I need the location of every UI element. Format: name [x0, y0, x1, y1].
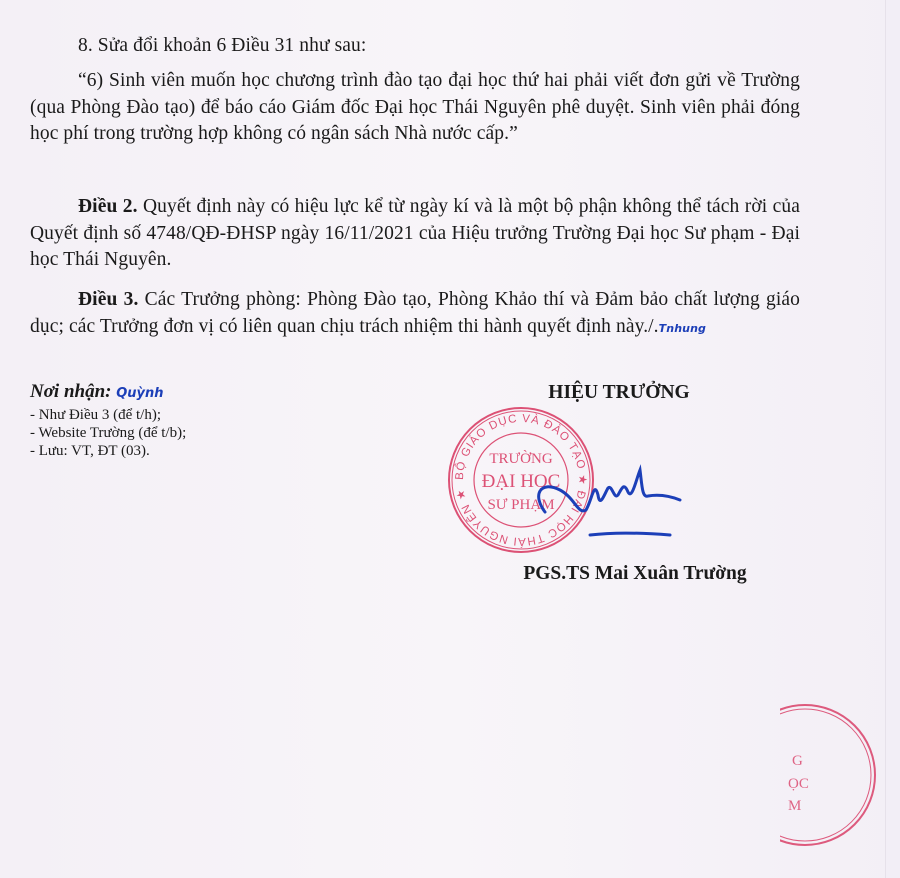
recipient-item: - Như Điều 3 (để t/h);	[30, 406, 186, 424]
svg-text:G: G	[792, 753, 803, 769]
article-3: Điều 3. Các Trưởng phòng: Phòng Đào tạo,…	[30, 287, 800, 342]
recipients-title: Nơi nhận: Quỳnh	[30, 380, 186, 406]
article-2: Điều 2. Quyết định này có hiệu lực kể từ…	[30, 194, 800, 274]
recipients-block: Nơi nhận: Quỳnh - Như Điều 3 (để t/h); -…	[30, 380, 186, 460]
svg-text:M: M	[788, 798, 801, 814]
item8-quote: “6) Sinh viên muốn học chương trình đào …	[30, 68, 800, 148]
article-2-text: Quyết định này có hiệu lực kể từ ngày kí…	[30, 196, 800, 270]
signer-name: PGS.TS Mai Xuân Trường	[470, 563, 800, 585]
recipients-title-text: Nơi nhận:	[30, 381, 111, 402]
document-page: 8. Sửa đổi khoản 6 Điều 31 như sau: “6) …	[0, 0, 900, 878]
signer-title: HIỆU TRƯỞNG	[529, 382, 709, 404]
handwritten-signature	[520, 440, 700, 550]
article-2-label: Điều 2.	[78, 196, 138, 217]
item8-heading: 8. Sửa đổi khoản 6 Điều 31 như sau:	[30, 33, 800, 60]
handwritten-initials: Tnhung	[659, 322, 706, 335]
recipient-item: - Website Trường (để t/b);	[30, 424, 186, 442]
partial-stamp-impression: G ỌC M	[780, 700, 900, 850]
recipient-item: - Lưu: VT, ĐT (03).	[30, 442, 186, 460]
recipients-initials: Quỳnh	[116, 386, 163, 401]
article-3-label: Điều 3.	[78, 289, 138, 310]
item8-quote-text: “6) Sinh viên muốn học chương trình đào …	[30, 70, 800, 144]
svg-text:ỌC: ỌC	[788, 776, 809, 792]
